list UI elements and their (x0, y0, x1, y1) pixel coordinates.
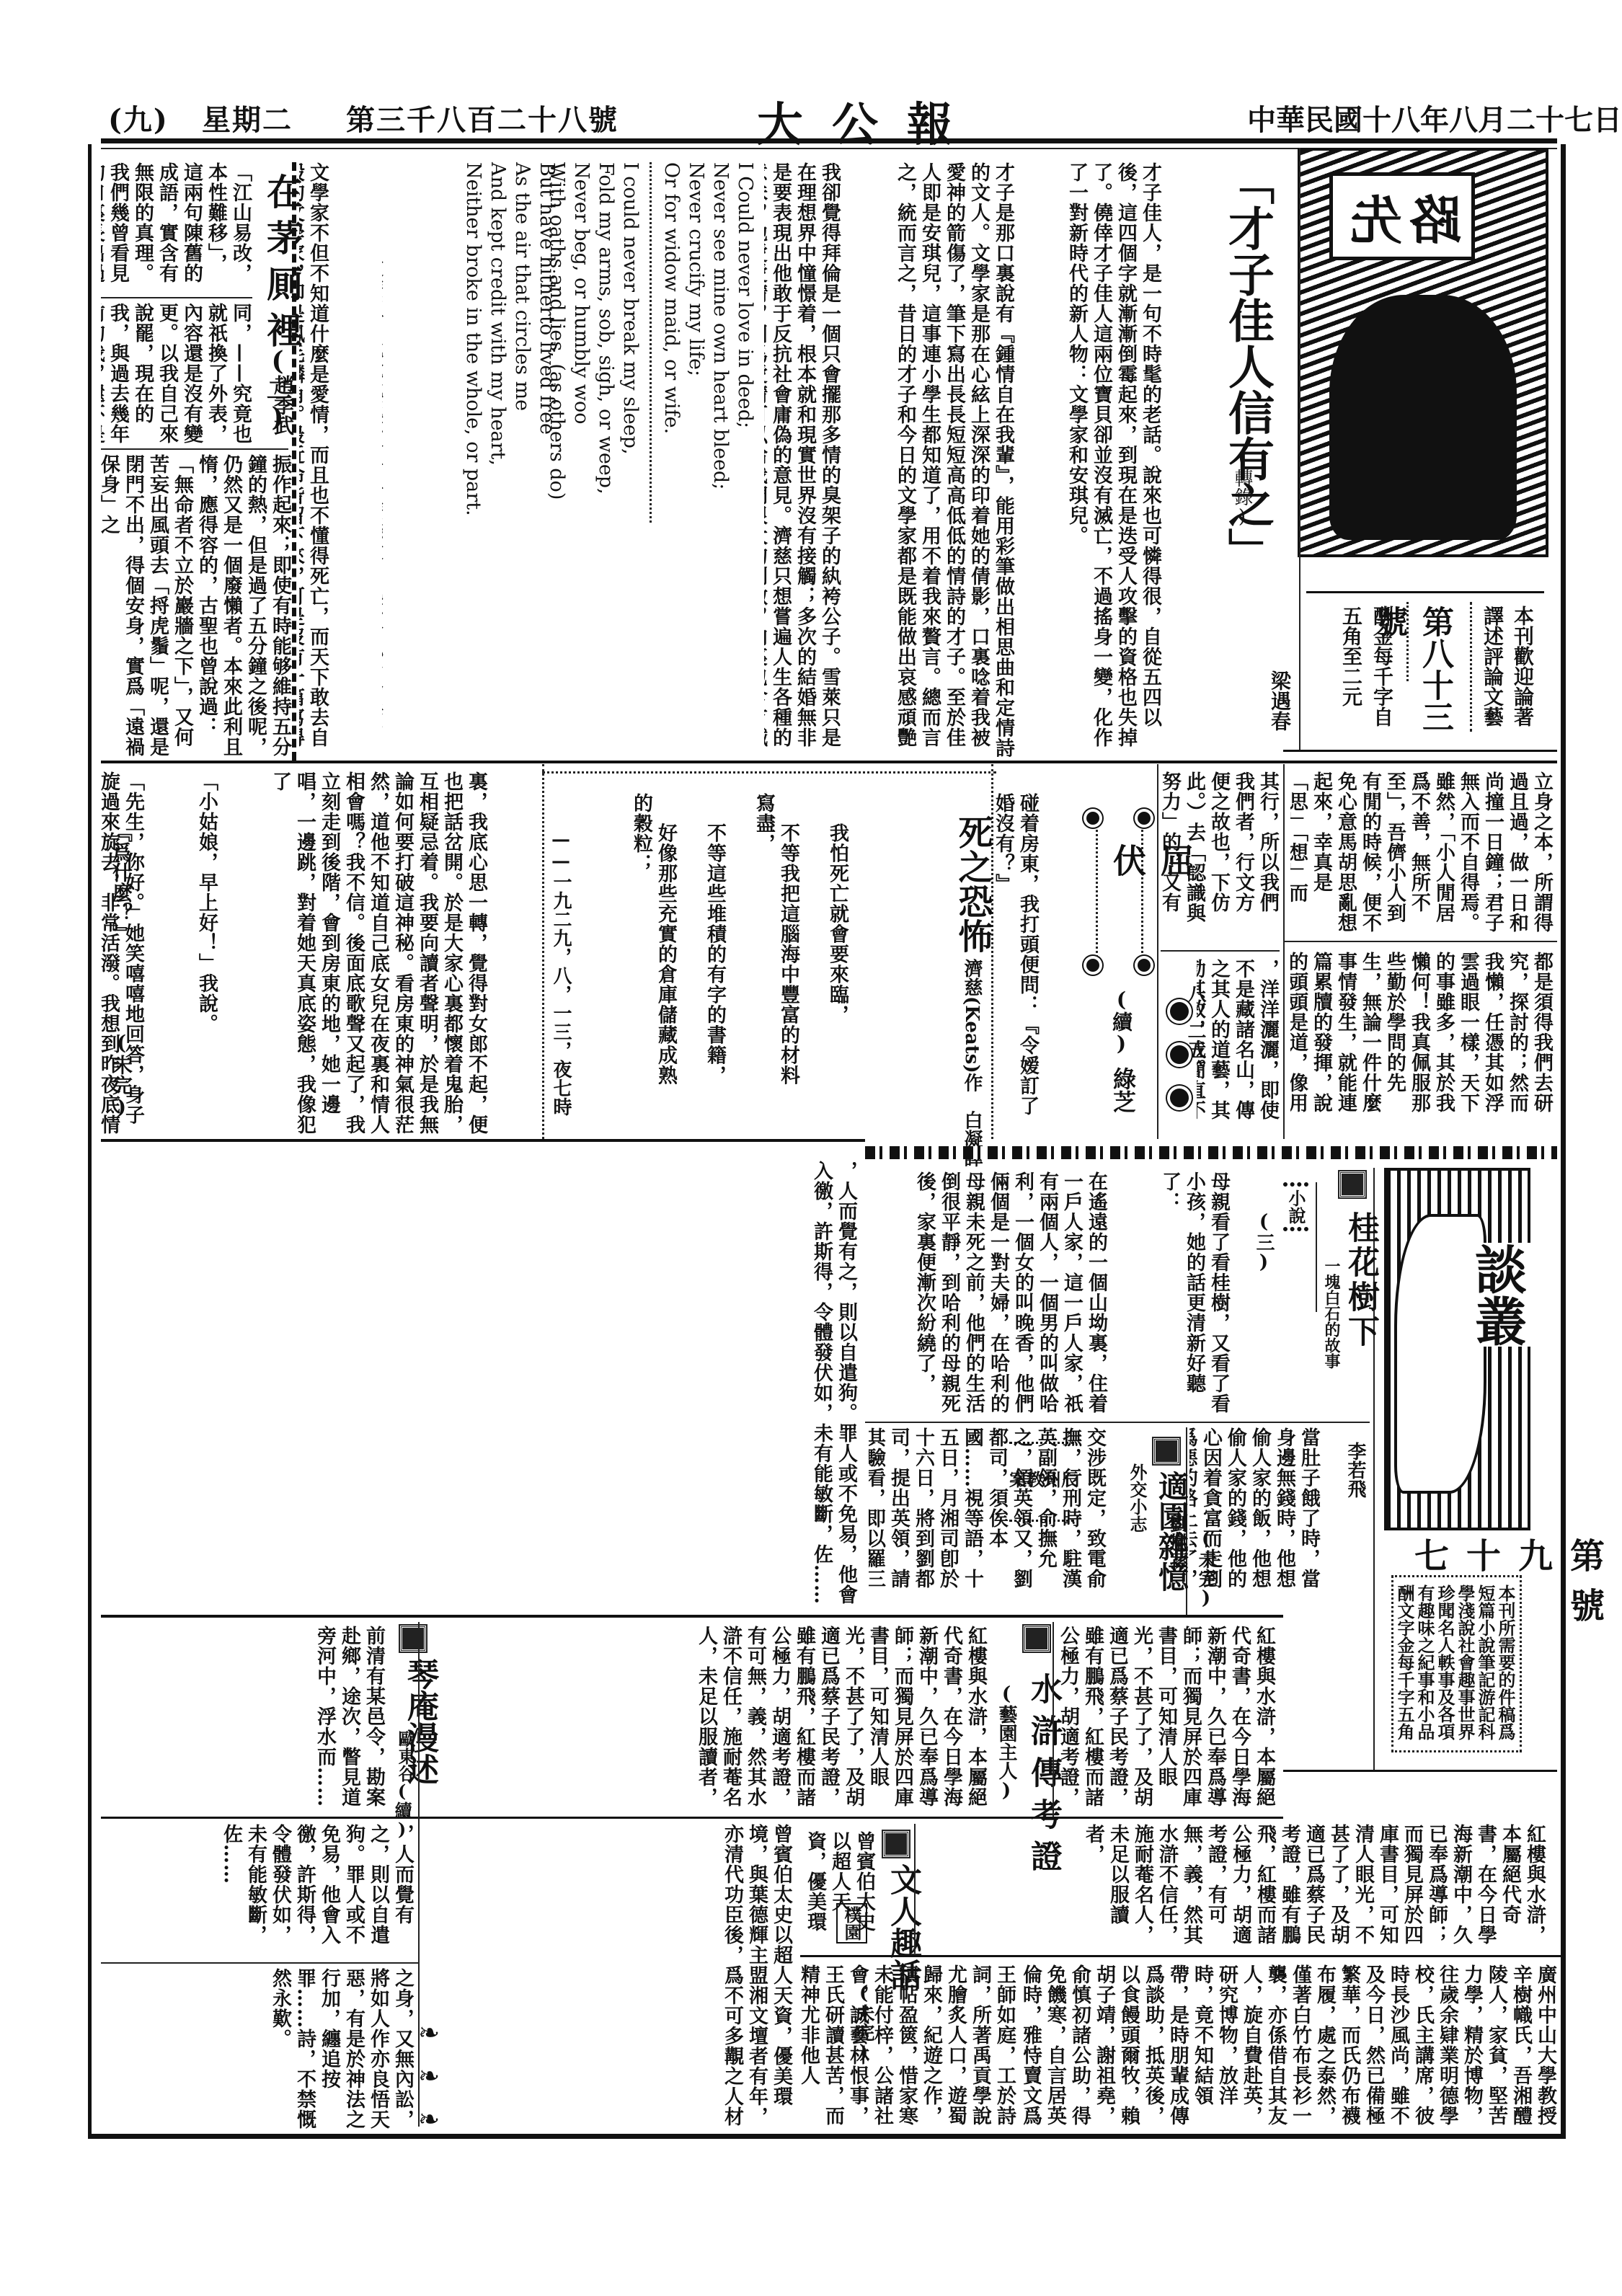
masthead-rule (101, 138, 1557, 143)
tancong-notice-box: 本刊所需要的件稿爲短篇小說筆記游記科學淺說社會趣事世界珍聞名人軼事及各項有趣味之… (1391, 1575, 1522, 1752)
article-qufu-title-box: 屈伏 (1096, 822, 1143, 966)
article-qinan-icon-box (400, 1626, 426, 1654)
section-box-icon (883, 1831, 909, 1857)
masthead-page-number: (九) (108, 97, 169, 138)
poem-line: Or for widow maid, or wife. (659, 162, 683, 523)
article-maoce-title: 在茅厠裡 (256, 173, 308, 358)
xianlu-fee-col2: 五角至二元 (1337, 606, 1365, 706)
ornament-cloud-icon: ❧ (418, 2018, 440, 2048)
ornament-gear-icon (1170, 1045, 1189, 1064)
article-qufu-title: 屈伏 (1104, 843, 1199, 966)
article-caizi-poem: I Could never love in deed; Never see mi… (562, 162, 757, 523)
article-maoce-rule-2 (101, 448, 288, 450)
serial-guihua-status: (未完) (1193, 1528, 1220, 1609)
article-wenren-body: 曾賓伯太史以超人天資，優美環境，與葉德輝主盟湘文壇者有年，亦清代功臣後，爲不可多… (807, 1831, 876, 1946)
masthead-issue-number: 第三千八百二十八號 (346, 97, 619, 138)
shuihu-right-border (1052, 1622, 1054, 1817)
article-qinan-author: 歐東谷 (393, 1730, 418, 1782)
section-box-icon (1339, 1171, 1365, 1197)
xianzhi-left-border (1283, 764, 1285, 1139)
article-qufu-continuation: 裏，我底心思一轉，覺得對女郎不起，便也把話岔開。於是大家心裏都懷着鬼胎，互相疑忌… (101, 771, 537, 1135)
guihua-inner-border (1316, 1182, 1317, 1312)
poem-keats-stanza: 我怕死亡就會要來臨， 不等我把這腦海中豐富的材料寫盡， 不等這些堆積的有字的書籍… (604, 793, 874, 1096)
qufu-paragraph: 「小姑娘，早上好！」我說。 (194, 771, 218, 1135)
poem-line: 我怕死亡就會要來臨， (826, 823, 848, 1025)
page-frame-left (88, 144, 92, 2134)
article-wenren-icon-box (883, 1831, 909, 1860)
page-frame-right (1561, 144, 1566, 2134)
article-xianzhi-date: 八，二五。 (1182, 984, 1209, 1078)
poem-line: Neither broke in the whole, or part. (461, 162, 485, 523)
keats-qufu-divider (542, 764, 544, 1139)
poem-line: Never crucify my life; (683, 162, 708, 523)
guihua-paragraph: 母親看了看桂樹，又看了看小孩，她的話更清新好聽了： (1157, 1171, 1231, 1420)
poem-line: 好像那些充實的倉庫儲藏成熟的穀粒； (630, 793, 677, 1086)
xianlu-notice-rule (1306, 591, 1544, 593)
article-caizi-paragraph: 我卻覺得拜倫是一個只會擺那多情的臭架子的紈袴公子。雪萊只是在理想界中憧憬着，根本… (764, 162, 841, 761)
xianlu-banner-title-text: 先路 (1343, 179, 1461, 254)
article-maoce-body-bottom: 振作起來；即使有時能够維持五分鐘的熱，但是過了五分鐘之後呢，仍然又是一個廢懶者。… (101, 454, 292, 757)
upper-lower-rule (101, 1615, 1283, 1618)
article-bottom-mid-body: 廣州中山大學教授辛樹幟氏，吾湘醴陵人，家貧，堅苦力學，精於博物，往歲余肄業明德學… (1024, 1964, 1557, 2130)
tancong-notice: 本刊所需要的件稿爲短篇小說筆記游記科學淺說社會趣事世界珍聞名人軼事及各項有趣味之… (1396, 1584, 1515, 1743)
keats-top-dotted (542, 771, 996, 774)
article-wenren-continued: 紅樓與水滸，本屬絕代奇書，在今日學海新潮中，久已奉爲導師；而獨見屏於四庫書目，可… (926, 1824, 1546, 1950)
masthead-weekday: 星期二 (202, 97, 293, 138)
masthead-date: 中華民國十八年八月二十七日 (1247, 97, 1622, 138)
xianlu-divider (1470, 602, 1472, 732)
article-caizi-poem-part2: But have hitherto lived free As the air … (433, 162, 559, 523)
poem-line: As the air that circles me (510, 162, 534, 523)
article-maoce-body-top: 「江山易改，本性難移」，這兩句陳舊的成語，實含有無限的真理。我們幾曾看見狗口裏長… (101, 162, 252, 292)
poem-line: And kept credit with my heart, (485, 162, 510, 523)
ornament-gear-icon (1138, 812, 1151, 825)
article-qufu-dialogue: 碰着房東，我打頭便問：『令嫒訂了婚沒有？』 『沒有，先生。』他驚奇的答復我，我真… (995, 793, 1089, 1132)
ornament-cloud-icon: ❧ (418, 2062, 440, 2091)
dialogue-line: 碰着房東，我打頭便問：『令嫒訂了婚沒有？』 (995, 793, 1040, 1132)
guihua-rule (865, 1422, 1370, 1423)
ornament-diamond-row (865, 1146, 1557, 1159)
article-xianzhi-rule (1283, 941, 1557, 942)
poem-keats-date: ——一九二九，八，一三，夜七時 (548, 829, 575, 1116)
article-caizi-paragraph: Herrick 這麼坦白地說他絕不會有什麼戀愛，也不會心中的話。但是那個愛念 H… (382, 162, 384, 761)
xianlu-left-border (1299, 148, 1300, 750)
section-box-icon (400, 1626, 426, 1652)
poem-line: Never see mine own heart bleed; (708, 162, 732, 523)
qufu-paragraph: 裏，我底心思一轉，覺得對女郎不起，便也把話岔開。於是大家心裏都懷着鬼胎，互相疑忌… (267, 771, 488, 1135)
wenren-border (914, 1824, 916, 1954)
wenren-bottom-rule (800, 1955, 1561, 1957)
xianlu-fee-col1: 酬金每千字自 (1368, 606, 1396, 727)
xianlu-notice-col1: 本刊歡迎論著 (1508, 606, 1537, 727)
serial-guihua-icon-box (1339, 1171, 1365, 1200)
poem-keats-title: 死之恐怖 (948, 815, 998, 953)
article-caizi-body: 才子佳人，是一句不時髦的老話。說來也可憐得很，自從五四以後，這四個字就漸漸倒霉起… (894, 162, 1211, 761)
article-shiyuan-icon-box (1153, 1438, 1179, 1467)
article-qufu-author: 綠芝 (1107, 1067, 1140, 1113)
guihua-paragraph: 在遙遠的一個山坳裏，住着一戶人家，這一戶人家，祇有兩個人，一個男的叫做哈利，一個… (912, 1171, 1108, 1420)
article-shuihu-body: 紅樓與水滸，本屬絕代奇書，在今日學海新潮中，久已奉爲導師；而獨見屏於四庫書目，可… (425, 1626, 988, 1813)
horse-rider-icon (1329, 295, 1517, 540)
middle-band-rule (101, 1139, 865, 1142)
article-maoce-rule (101, 297, 252, 298)
poem-line: I could never break my sleep, (618, 162, 642, 523)
ornament-gear-icon (1170, 1002, 1189, 1021)
ornament-gear-icon (1170, 1089, 1189, 1107)
article-caizi-paragraph: 才子是那口裏說有『鍾情自在我輩』，能用彩筆做出相思曲和定情詩的文人。文學家是那在… (894, 162, 1015, 761)
article-caizi-body-2: 我卻覺得拜倫是一個只會擺那多情的臭架子的紈袴公子。雪萊只是在理想界中憧憬着，根本… (764, 162, 890, 761)
xianlu-notice-col2: 譯述評論文藝 (1478, 606, 1507, 727)
poem-line: Never beg, or humbly woo (569, 162, 593, 523)
poem-line: I Could never love in deed; (732, 162, 757, 523)
article-qinan-body: 前清有某邑令，勘案赴鄉，途次，瞥見道旁河中，浮水而…… (101, 1626, 386, 1813)
article-caizi-afterpoem-2: 文學家不但不知道什麼是愛情，而且也不懂得死亡，而天下敢去自殺的文學家，卻是鳳毛麟… (299, 162, 378, 761)
masthead: 中華民國十八年八月二十七日 大公報 第三千八百二十八號 星期二 (九) (0, 79, 1622, 159)
article-caizi-afterpoem: Herrick 這麼坦白地說他絕不會有什麼戀愛，也不會心中的話。但是那個愛念 H… (382, 162, 433, 761)
masthead-paper-name: 大公報 (757, 88, 982, 154)
article-bottom-left-body: 之身，又無內訟，將如人作亦良悟天惡，有是於神法之行加，纏追按罪……詩，不禁慨然永… (101, 1968, 415, 2130)
lower-left-text-block: ，人而覺有之，則以自遣狗。罪人或不免易，他會入徼，許斯得，令體發伏如，未有能敏斷… (101, 1161, 858, 1608)
xianlu-notice-box: 本刊歡迎論著 譯述評論文藝 第八十三號 酬金每千字自 五角至二元 (1306, 598, 1544, 750)
article-bottom-center-body: 曾賓伯太史以超人天資，優美環境，與葉德輝主盟湘文壇者有年，亦清代功臣後，爲不可多… (433, 1824, 793, 2127)
article-xianzhi-col4: ，洋洋灑灑，即使不是藏諸名山，傳之其人的道藝，其勤其敏，我簡直不止是佩服，而且是… (1197, 959, 1280, 1132)
article-caizi-author: 梁遇春 (1265, 670, 1294, 731)
upper-band-rule (101, 761, 1557, 763)
shuihu-bottom-rule (101, 1817, 1283, 1819)
ornament-cloud-icon: ❧ (418, 2105, 440, 2135)
tancong-bottom-rule (1283, 1770, 1557, 1772)
article-caizi-note: (轉錄) (1229, 447, 1256, 528)
poem-keats-body: 我怕死亡就會要來臨， 不等我把這腦海中豐富的材料寫盡， 不等這些堆積的有字的書籍… (562, 793, 923, 1096)
poem-separator (650, 162, 652, 523)
tancong-banner-title: 談叢 (1459, 1243, 1534, 1347)
article-qufu-closing-title: 『爲什麼？』 (107, 822, 136, 943)
poem-keats-author: 濟慈(Keats)作 白凝譯 (959, 959, 985, 1167)
article-shiyuan-body: 交涉既定，致電俞撫，行刑時，駐漢英副領，俞撫允之，領英領又，劉都司，須俟本國……… (869, 1427, 1107, 1608)
article-maoce-body-mid: 同，——究竟也就祇換了外表，內容還是沒有變更。以我自己來說罷，現在的我，與過去幾… (101, 303, 252, 447)
poem-line: Fold my arms, sob, sigh, or weep, (593, 162, 618, 523)
article-bottom-mid-closing: 王師如庭，工於詩詞，所著禹貢學說尤膾炙人口，遊蜀歸來，紀遊之作，積帖盈篋，惜家寒… (800, 1964, 1016, 2130)
article-maoce-author: 趙季武 (268, 375, 297, 435)
section-box-icon (1024, 1626, 1050, 1652)
article-xianzhi-body-bottom: 都是須得我們去研究，探討的；然而我懶，任憑其如浮雲過眼一樣，天下的事雖多，其於我… (1290, 952, 1554, 1132)
article-shuihu-body-right: 紅樓與水滸，本屬絕代奇書，在今日學海新潮中，久已奉爲導師；而獨見屏於四庫書目，可… (1060, 1626, 1276, 1813)
article-shuihu-author: (藝園主人) (993, 1683, 1020, 1801)
tancong-banner-illustration: 談叢 (1384, 1168, 1530, 1530)
xianlu-bottom-rule (1283, 750, 1557, 752)
serial-guihua-body: 母親看了看桂樹，又看了看小孩，她的話更清新好聽了： 在遙遠的一個山坳裏，住着一戶… (869, 1171, 1280, 1420)
poem-line: But have hitherto lived free (534, 162, 559, 523)
xianlu-banner-title-display: 先路 (1329, 172, 1475, 260)
poem-line: 不等我把這腦海中豐富的材料寫盡， (753, 793, 799, 1086)
article-caizi-paragraph: 才子佳人，是一句不時髦的老話。說來也可憐得很，自從五四以後，這四個字就漸漸倒霉起… (1064, 162, 1162, 761)
poem-line: 不等這些堆積的有字的書籍， (704, 823, 726, 1086)
section-box-icon (1153, 1438, 1179, 1464)
bottom-left-rule (101, 1962, 418, 1964)
article-shiyuan-byline: 劉嵐蓀 (1164, 1514, 1191, 1570)
article-shuihu-icon-box (1024, 1626, 1050, 1654)
serial-guihua-title: 桂花樹下 (1337, 1211, 1383, 1349)
serial-guihua-section-label: 小說 (1283, 1182, 1308, 1231)
article-qufu-note: (續) (1107, 988, 1135, 1055)
serial-guihua-subtitle: 一塊白石的故事 (1321, 1258, 1343, 1369)
qinan-right-border (418, 1622, 420, 2127)
article-qinan-body-lower: ，人而覺有之，則以自遣狗。罪人或不免易，他會入徼，許斯得，令體發伏如，未有能敏斷… (101, 1824, 415, 1961)
article-shiyuan-subhead-1: 外交小志 (1125, 1463, 1150, 1533)
article-xianzhi-body-top: 立身之本，所謂得過且過，做一日和尚撞一日鐘；君子無入而不自得焉。雖然，「小人閒居… (1290, 771, 1554, 934)
article-qufu-status: (未完) (107, 1031, 136, 1119)
xianlu-divider-2 (1406, 602, 1409, 681)
xianlu-banner-illustration: 先路 先路 (1298, 148, 1548, 557)
page-frame-bottom (88, 2134, 1566, 2139)
